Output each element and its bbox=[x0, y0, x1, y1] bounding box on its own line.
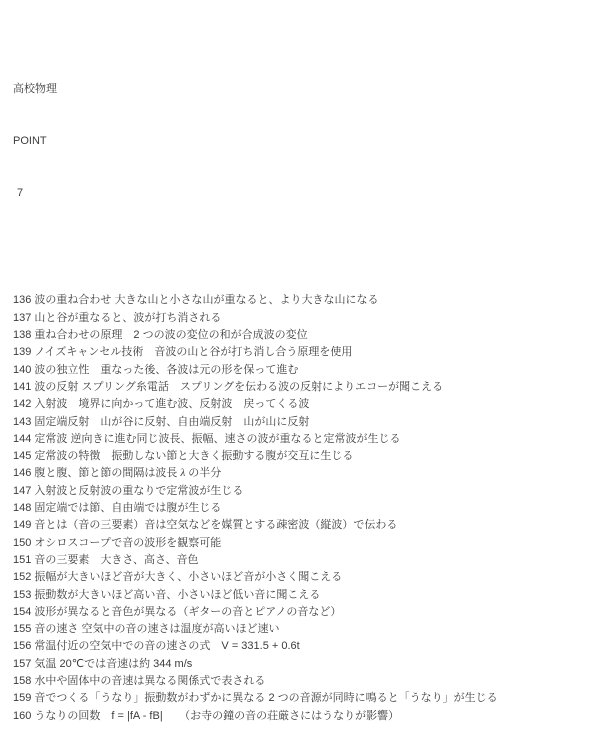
list-item: 139 ノイズキャンセル技術 音波の山と谷が打ち消し合う原理を使用 bbox=[13, 344, 587, 361]
list-item: 137 山と谷が重なると、波が打ち消される bbox=[13, 310, 587, 327]
item-number: 145 bbox=[13, 450, 31, 462]
item-number: 141 bbox=[13, 381, 31, 393]
item-number: 142 bbox=[13, 398, 31, 410]
item-number: 149 bbox=[13, 519, 31, 531]
item-text: 振動数が大きいほど高い音、小さいほど低い音に聞こえる bbox=[34, 589, 320, 601]
list-item: 148 固定端では節、自由端では腹が生じる bbox=[13, 500, 587, 517]
doc-title: 高校物理 bbox=[13, 81, 587, 98]
item-text: 定常波の特徴 振動しない節と大きく振動する腹が交互に生じる bbox=[34, 450, 353, 462]
document-header: 高校物理 POINT 7 bbox=[13, 47, 587, 237]
item-number: 140 bbox=[13, 364, 31, 376]
list-item: 147 入射波と反射波の重なりで定常波が生じる bbox=[13, 483, 587, 500]
list-item: 143 固定端反射 山が谷に反射、自由端反射 山が山に反射 bbox=[13, 414, 587, 431]
list-item: 146 腹と腹、節と節の間隔は波長 λ の半分 bbox=[13, 465, 587, 482]
item-text: 定常波 逆向きに進む同じ波長、振幅、速さの波が重なると定常波が生じる bbox=[34, 433, 400, 445]
doc-page-number: 7 bbox=[13, 185, 587, 202]
item-number: 146 bbox=[13, 467, 31, 479]
item-number: 147 bbox=[13, 485, 31, 497]
item-text: 振幅が大きいほど音が大きく、小さいほど音が小さく聞こえる bbox=[34, 571, 342, 583]
item-text: 山と谷が重なると、波が打ち消される bbox=[34, 312, 221, 324]
item-text: 重ね合わせの原理 2 つの波の変位の和が合成波の変位 bbox=[34, 329, 307, 341]
document-page: 高校物理 POINT 7 136 波の重ね合わせ 大きな山と小さな山が重なると、… bbox=[13, 12, 587, 600]
list-item: 138 重ね合わせの原理 2 つの波の変位の和が合成波の変位 bbox=[13, 327, 587, 344]
points-list: 136 波の重ね合わせ 大きな山と小さな山が重なると、より大きな山になる137 … bbox=[13, 292, 587, 600]
item-text: 音とは（音の三要素）音は空気などを媒質とする疎密波（縦波）で伝わる bbox=[34, 519, 397, 531]
item-text: 固定端反射 山が谷に反射、自由端反射 山が山に反射 bbox=[34, 416, 309, 428]
item-number: 153 bbox=[13, 589, 31, 601]
item-number: 137 bbox=[13, 312, 31, 324]
item-number: 144 bbox=[13, 433, 31, 445]
item-number: 139 bbox=[13, 346, 31, 358]
item-text: ノイズキャンセル技術 音波の山と谷が打ち消し合う原理を使用 bbox=[34, 346, 352, 358]
item-text: オシロスコープで音の波形を観察可能 bbox=[34, 537, 221, 549]
list-item: 141 波の反射 スプリング糸電話 スプリングを伝わる波の反射によりエコーが聞こ… bbox=[13, 379, 587, 396]
item-number: 143 bbox=[13, 416, 31, 428]
lambda-symbol: λ bbox=[180, 467, 185, 479]
list-item: 149 音とは（音の三要素）音は空気などを媒質とする疎密波（縦波）で伝わる bbox=[13, 517, 587, 534]
list-item: 142 入射波 境界に向かって進む波、反射波 戻ってくる波 bbox=[13, 396, 587, 413]
item-text: 入射波 境界に向かって進む波、反射波 戻ってくる波 bbox=[34, 398, 309, 410]
list-item: 136 波の重ね合わせ 大きな山と小さな山が重なると、より大きな山になる bbox=[13, 292, 587, 309]
item-number: 151 bbox=[13, 554, 31, 566]
list-item: 153 振動数が大きいほど高い音、小さいほど低い音に聞こえる bbox=[13, 587, 587, 601]
item-text: 固定端では節、自由端では腹が生じる bbox=[34, 502, 221, 514]
list-item: 150 オシロスコープで音の波形を観察可能 bbox=[13, 535, 587, 552]
item-text: 腹と腹、節と節の間隔は波長 λ の半分 bbox=[34, 467, 221, 479]
item-number: 136 bbox=[13, 294, 31, 306]
item-number: 148 bbox=[13, 502, 31, 514]
item-text: 波の重ね合わせ 大きな山と小さな山が重なると、より大きな山になる bbox=[34, 294, 378, 306]
list-item: 140 波の独立性 重なった後、各波は元の形を保って進む bbox=[13, 362, 587, 379]
list-item: 151 音の三要素 大きさ、高さ、音色 bbox=[13, 552, 587, 569]
item-number: 138 bbox=[13, 329, 31, 341]
list-item: 145 定常波の特徴 振動しない節と大きく振動する腹が交互に生じる bbox=[13, 448, 587, 465]
item-text: 波の独立性 重なった後、各波は元の形を保って進む bbox=[34, 364, 298, 376]
item-text: 波の反射 スプリング糸電話 スプリングを伝わる波の反射によりエコーが聞こえる bbox=[34, 381, 443, 393]
item-number: 150 bbox=[13, 537, 31, 549]
item-text: 音の三要素 大きさ、高さ、音色 bbox=[34, 554, 198, 566]
list-item: 144 定常波 逆向きに進む同じ波長、振幅、速さの波が重なると定常波が生じる bbox=[13, 431, 587, 448]
item-number: 152 bbox=[13, 571, 31, 583]
item-text: 入射波と反射波の重なりで定常波が生じる bbox=[34, 485, 243, 497]
doc-subtitle: POINT bbox=[13, 133, 587, 150]
list-item: 152 振幅が大きいほど音が大きく、小さいほど音が小さく聞こえる bbox=[13, 569, 587, 586]
